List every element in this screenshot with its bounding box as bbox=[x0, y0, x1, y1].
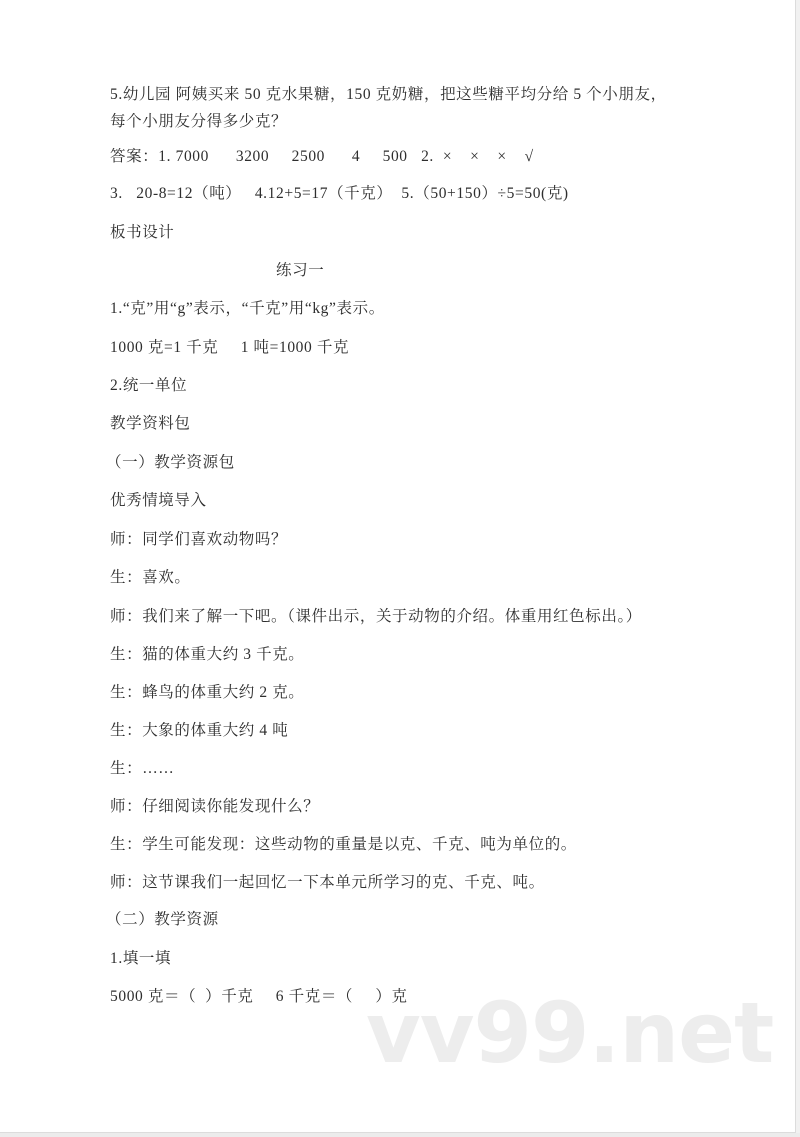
board-design-heading: 板书设计 bbox=[110, 223, 174, 243]
dialog-line: 生：…… bbox=[110, 759, 174, 779]
dialog-line: 生：猫的体重大约 3 千克。 bbox=[110, 645, 304, 665]
materials-heading: 教学资料包 bbox=[110, 414, 191, 434]
dialog-line: 生：喜欢。 bbox=[110, 568, 191, 588]
watermark: vv99.net bbox=[366, 988, 773, 1078]
document-page: 5.幼儿园 阿姨买来 50 克水果糖，150 克奶糖，把这些糖平均分给 5 个小… bbox=[0, 0, 796, 1133]
dialog-line: 师：这节课我们一起回忆一下本单元所学习的克、千克、吨。 bbox=[110, 873, 545, 893]
exercise-line-1: 5000 克＝（ ）千克 6 千克＝（ ）克 bbox=[110, 987, 408, 1007]
board-conversions: 1000 克=1 千克 1 吨=1000 千克 bbox=[110, 338, 349, 358]
dialog-line: 师：我们来了解一下吧。（课件出示，关于动物的介绍。体重用红色标出。） bbox=[110, 607, 642, 627]
answer-line-2: 3. 20-8=12（吨） 4.12+5=17（千克） 5.（50+150）÷5… bbox=[110, 184, 569, 204]
exercise-heading: 1.填一填 bbox=[110, 949, 171, 969]
page-edge-bottom bbox=[0, 1133, 800, 1137]
dialog-line: 生：学生可能发现：这些动物的重量是以克、千克、吨为单位的。 bbox=[110, 835, 577, 855]
dialog-line: 生：大象的体重大约 4 吨 bbox=[110, 721, 288, 741]
board-item-2: 2.统一单位 bbox=[110, 376, 187, 396]
intro-heading: 优秀情境导入 bbox=[110, 491, 207, 511]
question-5-line-2: 每个小朋友分得多少克？ bbox=[110, 112, 287, 132]
question-5-line-1: 5.幼儿园 阿姨买来 50 克水果糖，150 克奶糖，把这些糖平均分给 5 个小… bbox=[110, 85, 667, 105]
dialog-line: 生：蜂鸟的体重大约 2 克。 bbox=[110, 683, 304, 703]
answer-line-1: 答案：1. 7000 3200 2500 4 500 2. × × × √ bbox=[110, 147, 534, 167]
section-one-heading: （一）教学资源包 bbox=[106, 453, 235, 473]
board-item-1: 1.“克”用“g”表示，“千克”用“kg”表示。 bbox=[110, 299, 385, 319]
board-title: 练习一 bbox=[276, 261, 324, 281]
dialog-line: 师：仔细阅读你能发现什么？ bbox=[110, 797, 319, 817]
section-two-heading: （二）教学资源 bbox=[106, 910, 219, 930]
dialog-line: 师：同学们喜欢动物吗？ bbox=[110, 530, 287, 550]
page-edge-right bbox=[796, 0, 800, 1137]
